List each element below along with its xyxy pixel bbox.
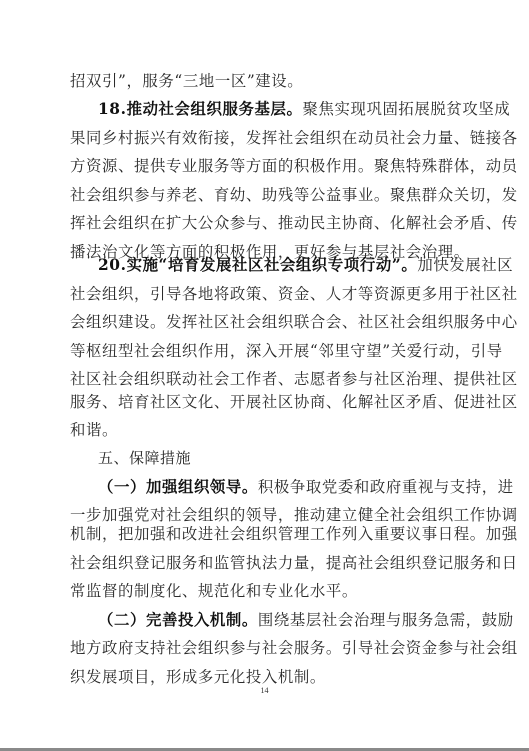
- subsection-2-heading-line: （二）完善投入机制。围绕基层社会治理与服务急需，鼓励: [98, 609, 458, 631]
- paragraph-line: 等枢纽型社会组织作用，深入开展“邻里守望”关爱行动，引导: [70, 340, 458, 362]
- line-text: 等枢纽型社会组织作用，深入开展“邻里守望”关爱行动，引导: [70, 342, 503, 360]
- paragraph-line: 社会组织登记服务和监管执法力量，提高社会组织登记服务和日: [70, 552, 458, 574]
- line-text: 机制，把加强和改进社会组织管理工作列入重要议事日程。加强: [70, 525, 518, 543]
- line-text: 社会组织，引导各地将政策、资金、人才等资源更多用于社区社: [70, 285, 518, 303]
- paragraph-line: 常监督的制度化、规范化和专业化水平。: [70, 580, 458, 602]
- line-text: 常监督的制度化、规范化和专业化水平。: [70, 582, 358, 600]
- page-number: 14: [0, 686, 529, 695]
- subsection-2-title: （二）完善投入机制。: [98, 611, 258, 629]
- paragraph-line: 服务、培育社区文化、开展社区协商、化解社区矛盾、促进社区: [70, 391, 458, 413]
- line-text: 围绕基层社会治理与服务急需，鼓励: [258, 611, 514, 629]
- line-text: 地方政府支持社会组织参与社会服务。引导社会资金参与社会组: [70, 639, 518, 657]
- item-20-title: 20.实施“培育发展社区社会组织专项行动”。: [98, 256, 417, 274]
- paragraph-line: 织发展项目，形成多元化投入机制。: [70, 666, 458, 688]
- line-text: 加快发展社区: [417, 256, 513, 274]
- section-heading: 五、保障措施: [98, 447, 458, 469]
- paragraph-line: 地方政府支持社会组织参与社会服务。引导社会资金参与社会组: [70, 637, 458, 659]
- paragraph-line: 会组织建设。发挥社区社会组织联合会、社区社会组织服务中心: [70, 311, 458, 333]
- paragraph-line: 社会组织，引导各地将政策、资金、人才等资源更多用于社区社: [70, 283, 458, 305]
- line-text: 社区社会组织联动社会工作者、志愿者参与社区治理、提供社区: [70, 370, 518, 388]
- item-20-heading-line: 20.实施“培育发展社区社会组织专项行动”。加快发展社区: [98, 254, 458, 276]
- line-text: 社会组织登记服务和监管执法力量，提高社会组织登记服务和日: [70, 554, 518, 572]
- paragraph-line: 社区社会组织联动社会工作者、志愿者参与社区治理、提供社区: [70, 368, 458, 390]
- section-title: 五、保障措施: [98, 449, 191, 467]
- paragraph-line: 和谐。: [70, 419, 458, 441]
- document-body: 20.实施“培育发展社区社会组织专项行动”。加快发展社区 社会组织，引导各地将政…: [0, 0, 529, 748]
- line-text: 织发展项目，形成多元化投入机制。: [70, 668, 326, 686]
- subsection-1-heading-line: （一）加强组织领导。积极争取党委和政府重视与支持，进: [98, 476, 458, 498]
- line-text: 和谐。: [70, 421, 118, 439]
- line-text: 服务、培育社区文化、开展社区协商、化解社区矛盾、促进社区: [70, 393, 518, 411]
- line-text: 一步加强党对社会组织的领导，推动建立健全社会组织工作协调: [70, 506, 518, 524]
- line-text: 积极争取党委和政府重视与支持，进: [258, 478, 514, 496]
- subsection-1-title: （一）加强组织领导。: [98, 478, 258, 496]
- paragraph-line: 机制，把加强和改进社会组织管理工作列入重要议事日程。加强: [70, 523, 458, 545]
- line-text: 会组织建设。发挥社区社会组织联合会、社区社会组织服务中心: [70, 313, 518, 331]
